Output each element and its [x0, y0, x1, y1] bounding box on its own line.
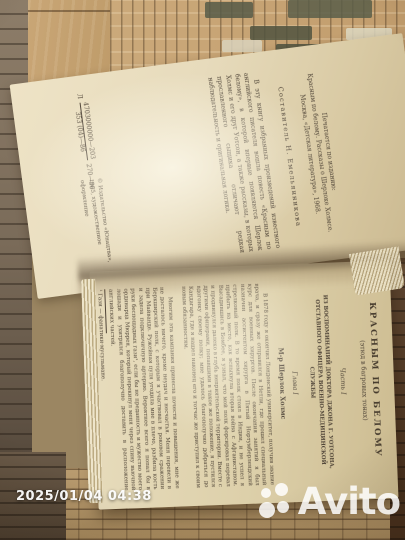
bamboo-dark-band — [205, 2, 253, 18]
avito-logo-dot — [261, 488, 271, 498]
photo-timestamp: 2025/01/04 04:38 — [16, 489, 152, 504]
page-edge-stack-right — [349, 246, 405, 295]
title-block: КРАСНЫМ ПО БЕЛОМУ (этюд в багровых тонах… — [273, 260, 399, 502]
reprint-note-block: Печатается по изданию: Красным по белому… — [291, 33, 405, 262]
bamboo-dark-band — [288, 0, 372, 18]
book-index-code: Л 4703000000—203 353 (04)—86 270—86 — [70, 93, 100, 191]
bamboo-light-band — [222, 40, 262, 52]
avito-watermark: Avito — [259, 482, 400, 520]
body-paragraph-1: В 1878 году я окончил Лондонский универс… — [179, 283, 274, 488]
avito-logo-dot — [277, 501, 289, 513]
bamboo-dark-band — [250, 26, 312, 40]
body-paragraph-2: Многим эта кампания принесла почести и п… — [106, 287, 180, 491]
avito-logo-dot — [259, 502, 275, 518]
marketplace-photo: Печатается по изданию: Красным по белому… — [0, 0, 405, 540]
title-text-page: КРАСНЫМ ПО БЕЛОМУ (этюд в багровых тонах… — [90, 260, 399, 509]
code-fraction: 4703000000—203 353 (04)—86 — [71, 102, 96, 161]
code-prefix: Л — [75, 93, 83, 99]
section-heading: ИЗ ВОСПОМИНАНИЙ ДОКТОРА ДЖОНА Г. УОТСОНА… — [304, 283, 335, 482]
title-text-page-content: КРАСНЫМ ПО БЕЛОМУ (этюд в багровых тонах… — [90, 260, 399, 509]
part-heading: Часть I — [334, 262, 351, 500]
avito-logo-dot — [275, 483, 288, 496]
copyright-line: © Издательство «Юнацтва», 1985, художест… — [78, 177, 116, 281]
avito-logo-icon — [259, 482, 293, 520]
annotation-paragraph: В эту книгу избранных произведений извес… — [206, 71, 283, 255]
avito-wordmark: Avito — [298, 483, 400, 520]
